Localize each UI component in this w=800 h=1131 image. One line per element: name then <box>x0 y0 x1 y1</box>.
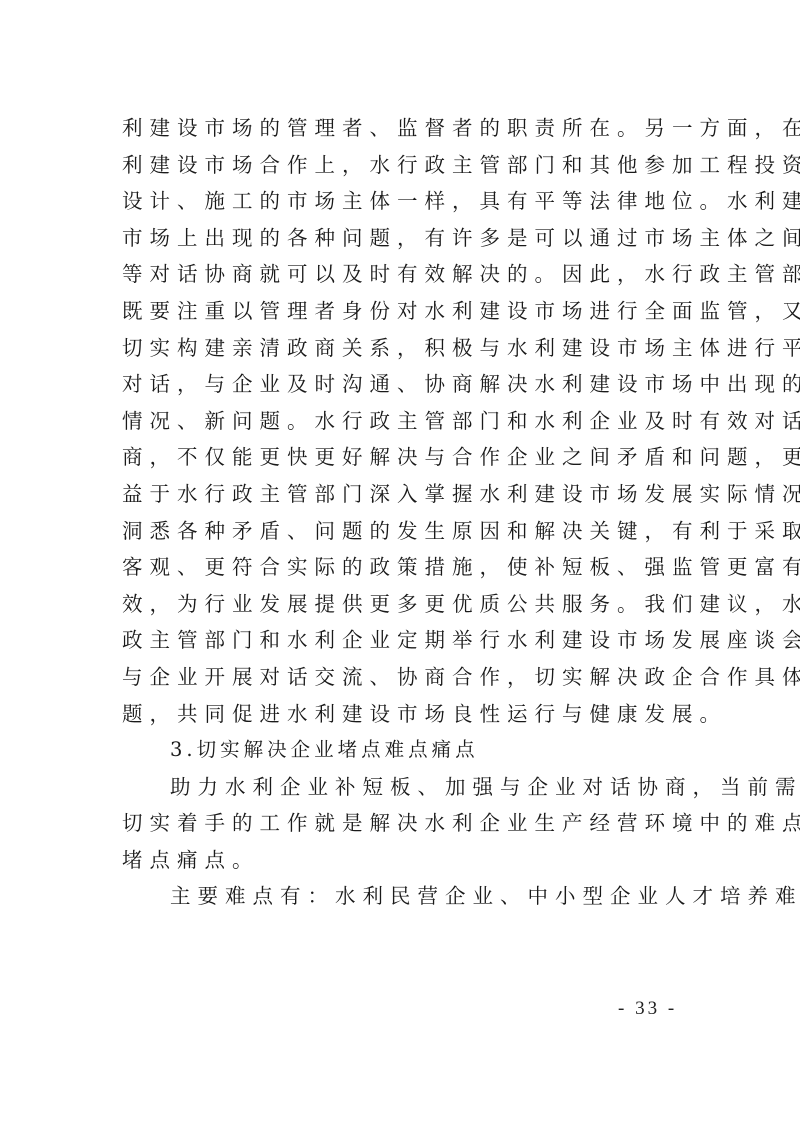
text-line: 利建设市场合作上，水行政主管部门和其他参加工程投资、 <box>122 147 680 184</box>
text-line: 客观、更符合实际的政策措施，使补短板、强监管更富有成 <box>122 549 680 586</box>
text-line: 益于水行政主管部门深入掌握水利建设市场发展实际情况， <box>122 476 680 513</box>
body-text: 利建设市场的管理者、监督者的职责所在。另一方面，在水 利建设市场合作上，水行政主… <box>122 110 682 915</box>
document-page: 利建设市场的管理者、监督者的职责所在。另一方面，在水 利建设市场合作上，水行政主… <box>0 0 800 1131</box>
text-line: 切实构建亲清政商关系，积极与水利建设市场主体进行平等 <box>122 330 680 367</box>
text-line: 题，共同促进水利建设市场良性运行与健康发展。 <box>122 696 680 733</box>
text-line: 商，不仅能更快更好解决与合作企业之间矛盾和问题，更有 <box>122 439 680 476</box>
text-line: 主要难点有：水利民营企业、中小型企业人才培养难、 <box>122 878 680 915</box>
text-line: 政主管部门和水利企业定期举行水利建设市场发展座谈会， <box>122 622 680 659</box>
text-line: 设计、施工的市场主体一样，具有平等法律地位。水利建设 <box>122 183 680 220</box>
section-heading: 3.切实解决企业堵点难点痛点 <box>122 732 680 769</box>
text-line: 助力水利企业补短板、加强与企业对话协商，当前需要 <box>122 769 680 806</box>
page-number: - 33 - <box>618 998 677 1020</box>
text-line: 切实着手的工作就是解决水利企业生产经营环境中的难点 <box>122 805 680 842</box>
text-line: 市场上出现的各种问题，有许多是可以通过市场主体之间平 <box>122 220 680 257</box>
text-line: 既要注重以管理者身份对水利建设市场进行全面监管，又要 <box>122 293 680 330</box>
text-line: 对话，与企业及时沟通、协商解决水利建设市场中出现的新 <box>122 366 680 403</box>
text-line: 效，为行业发展提供更多更优质公共服务。我们建议，水行 <box>122 586 680 623</box>
text-line: 与企业开展对话交流、协商合作，切实解决政企合作具体问 <box>122 659 680 696</box>
text-line: 利建设市场的管理者、监督者的职责所在。另一方面，在水 <box>122 110 680 147</box>
text-line: 情况、新问题。水行政主管部门和水利企业及时有效对话协 <box>122 403 680 440</box>
text-line: 洞悉各种矛盾、问题的发生原因和解决关键，有利于采取更 <box>122 513 680 550</box>
text-line: 等对话协商就可以及时有效解决的。因此，水行政主管部门 <box>122 256 680 293</box>
text-line: 堵点痛点。 <box>122 842 680 879</box>
